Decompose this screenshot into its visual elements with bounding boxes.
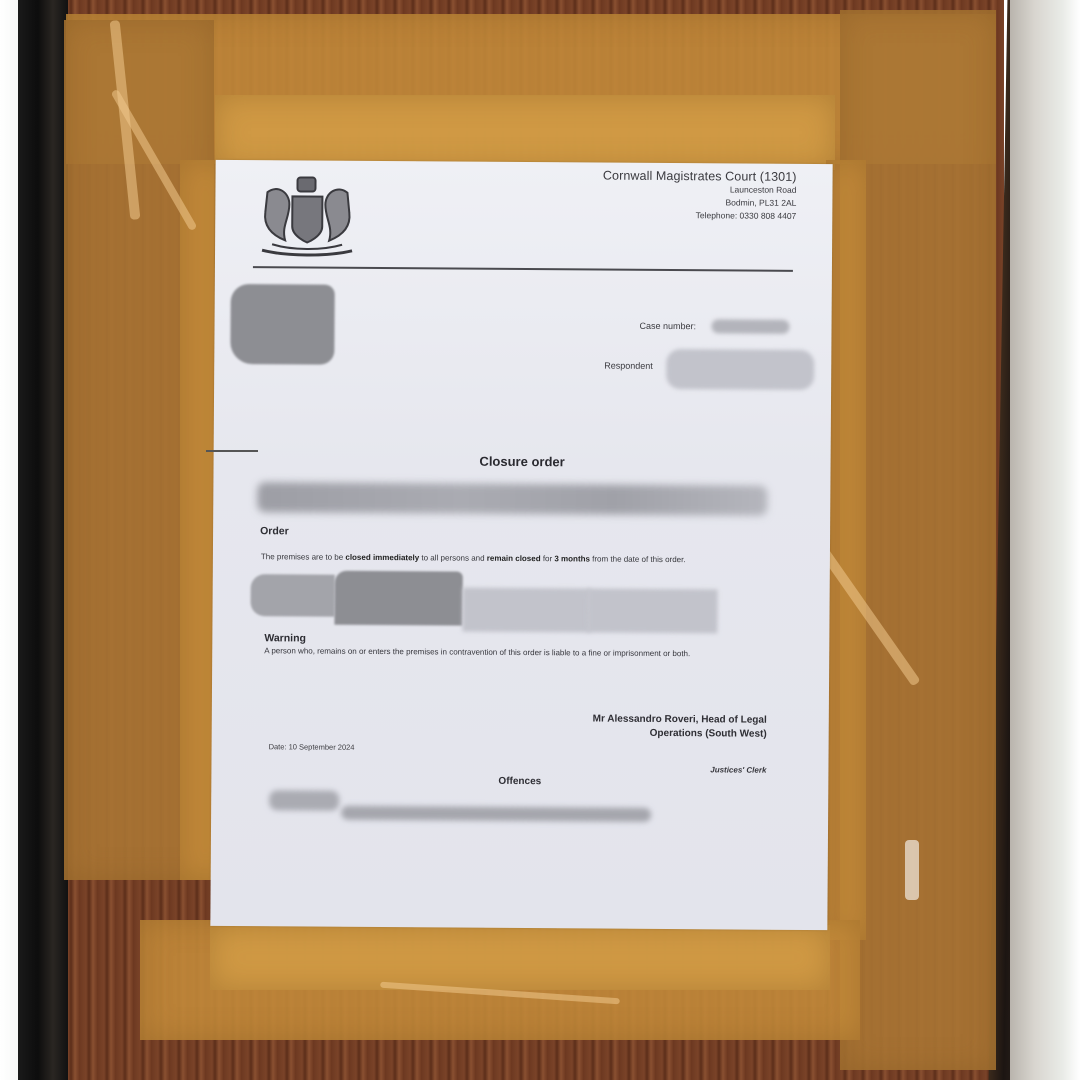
signatory-role: Justices' Clerk — [710, 765, 766, 774]
case-number-label: Case number: — [639, 321, 696, 331]
signatory-name-line-2: Operations (South West) — [593, 727, 767, 742]
tape-top-inner — [215, 95, 835, 170]
warning-text: A person who, remains on or enters the p… — [264, 646, 724, 659]
court-address-line-1: Launceston Road — [603, 183, 797, 197]
document-title: Closure order — [214, 452, 831, 471]
royal-coat-of-arms-icon — [252, 172, 363, 263]
header-divider — [253, 266, 793, 272]
signatory-block: Mr Alessandro Roveri, Head of Legal Oper… — [593, 713, 767, 742]
court-name: Cornwall Magistrates Court (1301) — [603, 169, 797, 184]
redacted-offences-text — [341, 806, 651, 822]
tape-crease — [905, 840, 919, 900]
wall-right — [1010, 0, 1080, 1080]
tape-bottom-inner — [210, 925, 830, 990]
order-date: Date: 10 September 2024 — [269, 742, 355, 752]
respondent-label: Respondent — [604, 361, 653, 371]
court-address-line-2: Bodmin, PL31 2AL — [603, 196, 797, 210]
redacted-case-number — [711, 319, 789, 334]
redacted-offences-label — [269, 790, 339, 810]
redacted-order-detail-3 — [462, 588, 590, 633]
offences-heading: Offences — [211, 774, 828, 789]
redacted-addressee-block — [230, 284, 335, 365]
redacted-order-detail-4 — [587, 588, 717, 633]
order-text: The premises are to be closed immediatel… — [261, 552, 781, 565]
redacted-order-detail-1 — [250, 574, 334, 617]
court-header: Cornwall Magistrates Court (1301) Launce… — [603, 169, 797, 223]
redacted-premises-address — [257, 482, 767, 516]
redacted-order-detail-2 — [334, 571, 462, 626]
court-telephone: Telephone: 0330 808 4407 — [603, 209, 797, 223]
order-heading: Order — [260, 525, 289, 537]
tape-right-inner — [826, 160, 866, 940]
door-frame-left — [18, 0, 68, 1080]
closure-order-document: Cornwall Magistrates Court (1301) Launce… — [210, 160, 832, 930]
signatory-name-line-1: Mr Alessandro Roveri, Head of Legal — [593, 713, 767, 728]
warning-heading: Warning — [264, 632, 306, 644]
redacted-respondent — [666, 349, 814, 390]
paper-edge-line — [206, 450, 258, 452]
